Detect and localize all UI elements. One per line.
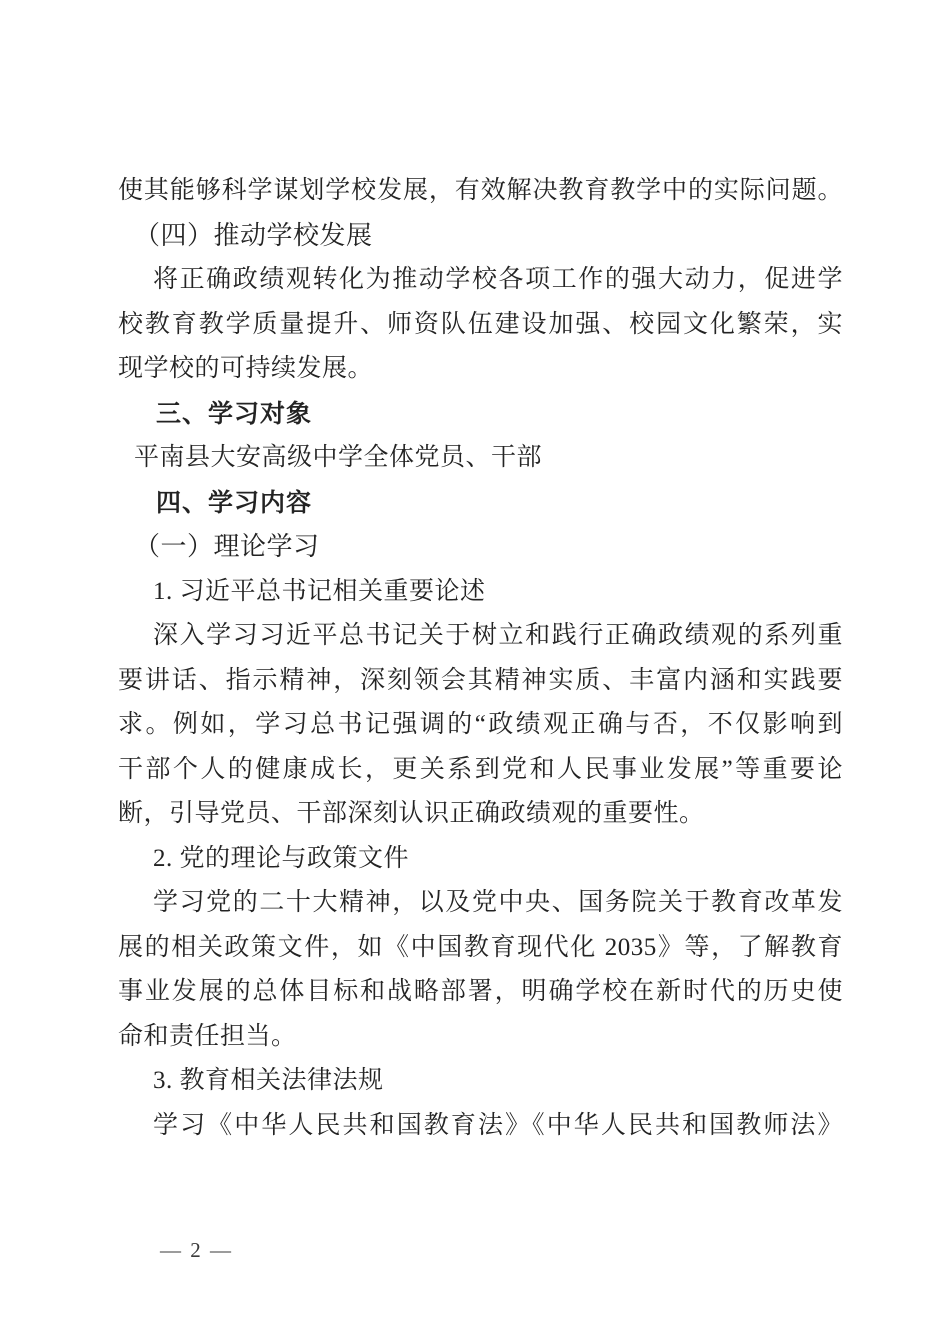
heading-4-study-content: 四、学习内容 [118, 481, 843, 526]
text-line: 求。例如，学习总书记强调的“政绩观正确与否，不仅影响到 [118, 703, 843, 748]
text-line: 校教育教学质量提升、师资队伍建设加强、校园文化繁荣，实 [118, 303, 843, 348]
text-line: 展的相关政策文件，如《中国教育现代化 2035》等，了解教育 [118, 926, 843, 971]
text-line: 使其能够科学谋划学校发展，有效解决教育教学中的实际问题。 [118, 169, 843, 214]
item-2-title-party-theory-policy: 2. 党的理论与政策文件 [118, 837, 843, 882]
para-continuation: 使其能够科学谋划学校发展，有效解决教育教学中的实际问题。 [118, 169, 843, 214]
text-line: 断，引导党员、干部深刻认识正确政绩观的重要性。 [118, 792, 843, 837]
text-line: 平南县大安高级中学全体党员、干部 [118, 436, 843, 481]
text-line: 将正确政绩观转化为推动学校各项工作的强大动力，促进学 [118, 258, 843, 303]
text-line: 3. 教育相关法律法规 [118, 1059, 843, 1104]
text-line: 三、学习对象 [118, 392, 843, 437]
document-page: 使其能够科学谋划学校发展，有效解决教育教学中的实际问题。（四）推动学校发展将正确… [0, 0, 950, 1344]
text-line: 学习《中华人民共和国教育法》《中华人民共和国教师法》 [118, 1104, 843, 1149]
text-line: （一）理论学习 [118, 525, 843, 570]
text-line: 要讲话、指示精神，深刻领会其精神实质、丰富内涵和实践要 [118, 659, 843, 704]
text-line: 1. 习近平总书记相关重要论述 [118, 570, 843, 615]
text-line: 现学校的可持续发展。 [118, 347, 843, 392]
text-line: 2. 党的理论与政策文件 [118, 837, 843, 882]
para-xi-jinping-discourse: 深入学习习近平总书记关于树立和践行正确政绩观的系列重要讲话、指示精神，深刻领会其… [118, 614, 843, 837]
para-education-laws: 学习《中华人民共和国教育法》《中华人民共和国教师法》 [118, 1104, 843, 1149]
text-line: 学习党的二十大精神，以及党中央、国务院关于教育改革发 [118, 881, 843, 926]
heading-section-4-promote-school-development: （四）推动学校发展 [118, 214, 843, 259]
heading-3-study-target: 三、学习对象 [118, 392, 843, 437]
text-line: 深入学习习近平总书记关于树立和践行正确政绩观的系列重 [118, 614, 843, 659]
text-line: 事业发展的总体目标和战略部署，明确学校在新时代的历史使 [118, 970, 843, 1015]
item-3-title-education-laws: 3. 教育相关法律法规 [118, 1059, 843, 1104]
para-promote-school-development: 将正确政绩观转化为推动学校各项工作的强大动力，促进学校教育教学质量提升、师资队伍… [118, 258, 843, 392]
text-line: 干部个人的健康成长，更关系到党和人民事业发展”等重要论 [118, 748, 843, 793]
heading-section-1-theory-study: （一）理论学习 [118, 525, 843, 570]
para-study-target: 平南县大安高级中学全体党员、干部 [118, 436, 843, 481]
item-1-title-xi-jinping-discourse: 1. 习近平总书记相关重要论述 [118, 570, 843, 615]
text-line: 四、学习内容 [118, 481, 843, 526]
para-party-theory-policy: 学习党的二十大精神，以及党中央、国务院关于教育改革发展的相关政策文件，如《中国教… [118, 881, 843, 1059]
text-line: （四）推动学校发展 [118, 214, 843, 259]
page-number: — 2 — [160, 1236, 233, 1264]
document-body: 使其能够科学谋划学校发展，有效解决教育教学中的实际问题。（四）推动学校发展将正确… [118, 169, 843, 1148]
text-line: 命和责任担当。 [118, 1015, 843, 1060]
